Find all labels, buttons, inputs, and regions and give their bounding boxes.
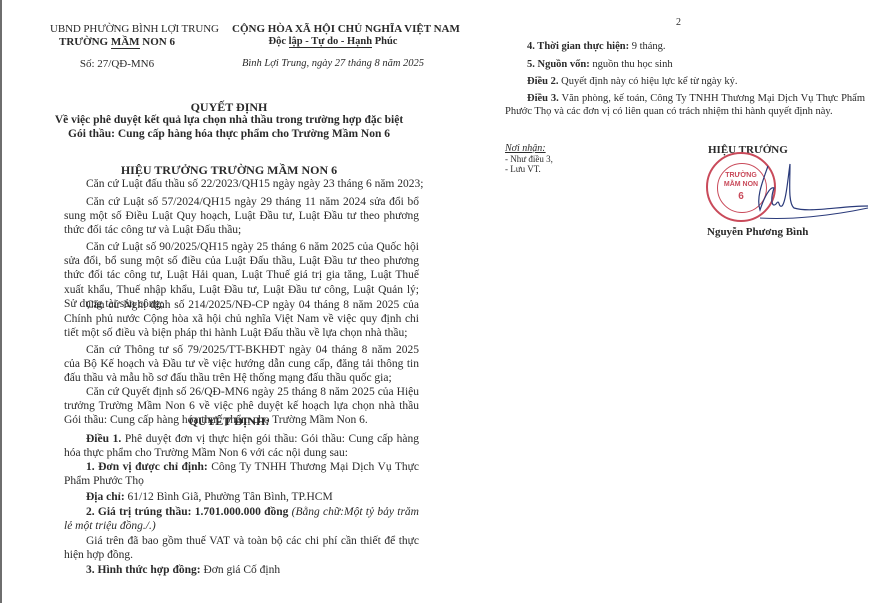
- school-name: TRƯỜNG MẦM NON 6: [50, 36, 184, 48]
- country-name: CỘNG HÒA XÃ HỘI CHỦ NGHĨA VIỆT NAM: [232, 23, 434, 35]
- authority-heading: HIỆU TRƯỞNG TRƯỜNG MẦM NON 6: [42, 163, 416, 178]
- school-name-suffix: NON 6: [140, 36, 175, 48]
- recipient-item: - Như điều 3,: [505, 154, 553, 164]
- page-1: UBND PHƯỜNG BÌNH LỢI TRUNG TRƯỜNG MẦM NO…: [2, 0, 450, 603]
- place-date: Bình Lợi Trung, ngày 27 tháng 8 năm 2025: [232, 58, 434, 69]
- legal-basis-2: Căn cứ Luật số 57/2024/QH15 ngày 29 thán…: [64, 195, 419, 238]
- article-3: Điều 3. Văn phòng, kế toán, Công Ty TNHH…: [505, 92, 865, 118]
- article-2: Điều 2. Quyết định này có hiệu lực kể từ…: [527, 75, 886, 88]
- doc-package: Gói thầu: Cung cấp hàng hóa thực phẩm ch…: [42, 128, 416, 140]
- article-1-price: 2. Giá trị trúng thầu: 1.701.000.000 đồn…: [64, 505, 419, 533]
- recipients-title: Nơi nhận:: [505, 144, 553, 154]
- page-2: 2 4. Thời gian thực hiện: 9 tháng. 5. Ng…: [450, 0, 886, 603]
- decision-heading: QUYẾT ĐỊNH:: [42, 414, 416, 429]
- doc-number: Số: 27/QĐ-MN6: [50, 58, 184, 70]
- recipient-item: - Lưu VT.: [505, 164, 553, 174]
- article-1-contractor: 1. Đơn vị được chỉ định: Công Ty TNHH Th…: [64, 460, 419, 488]
- issuing-agency: UBND PHƯỜNG BÌNH LỢI TRUNG: [50, 23, 184, 35]
- article-1-duration: 4. Thời gian thực hiện: 9 tháng.: [527, 40, 886, 53]
- school-name-underlined: MẦM: [111, 36, 140, 49]
- national-motto: Độc lập - Tự do - Hạnh Phúc: [232, 36, 434, 47]
- article-1-price-note: Giá trên đã bao gồm thuế VAT và toàn bộ …: [64, 534, 419, 562]
- article-1: Điều 1. Phê duyệt đơn vị thực hiện gói t…: [64, 432, 419, 460]
- page-number: 2: [676, 17, 681, 28]
- motto-prefix: Độc: [269, 36, 289, 47]
- recipients: Nơi nhận: - Như điều 3, - Lưu VT.: [505, 144, 553, 174]
- motto-suffix: Phúc: [372, 36, 397, 47]
- school-name-prefix: TRƯỜNG: [59, 36, 111, 48]
- legal-basis-5: Căn cứ Thông tư số 79/2025/TT-BKHĐT ngày…: [64, 343, 419, 386]
- handwritten-signature: [750, 158, 870, 228]
- signer-name: Nguyễn Phương Bình: [707, 226, 808, 238]
- doc-title: QUYẾT ĐỊNH: [42, 100, 416, 115]
- motto-underlined: lập - Tự do - Hạnh: [289, 36, 372, 48]
- article-1-funding: 5. Nguồn vốn: nguồn thu học sinh: [527, 58, 886, 71]
- article-1-address: Địa chỉ: 61/12 Bình Giã, Phường Tân Bình…: [64, 490, 419, 504]
- doc-subject: Về việc phê duyệt kết quả lựa chọn nhà t…: [42, 114, 416, 126]
- article-1-contract-form: 3. Hình thức hợp đồng: Đơn giá Cố định: [64, 563, 419, 577]
- legal-basis-1: Căn cứ Luật đấu thầu số 22/2023/QH15 ngà…: [86, 177, 426, 191]
- legal-basis-4: Căn cứ Nghị định số 214/2025/NĐ-CP ngày …: [64, 298, 419, 341]
